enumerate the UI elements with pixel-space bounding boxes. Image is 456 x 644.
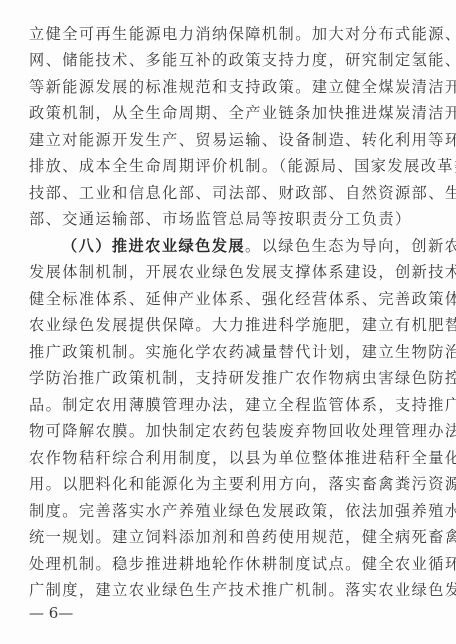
text-line: 物可降解农膜。加快制定农药包装废弃物回收处理管理办法。完善 <box>29 418 413 444</box>
text-line: 部、交通运输部、市场监管总局等按职责分工负责） <box>29 206 413 232</box>
text-line: 发展体制机制，开展农业绿色发展支撑体系建设，创新技术体系、 <box>29 259 413 285</box>
text-line: 农作物秸秆综合利用制度，以县为单位整体推进秸秆全量化综合利 <box>29 445 413 471</box>
text-line: 广制度，建立农业绿色生产技术推广机制。落实农业绿色发展税收 <box>29 577 413 603</box>
section-heading-line: （八）推进农业绿色发展。以绿色生态为导向，创新农业绿色 <box>62 233 413 259</box>
text-line: 用。以肥料化和能源化为主要利用方向，落实畜禽粪污资源化利用 <box>29 471 413 497</box>
text-line: 立健全可再生能源电力消纳保障机制。加大对分布式能源、智能电 <box>29 21 413 47</box>
page-number: — 6— <box>29 600 73 626</box>
text-line: 政策机制，从全生命周期、全产业链条加快推进煤炭清洁开发利用。 <box>29 100 413 126</box>
text-line: 技部、工业和信息化部、司法部、财政部、自然资源部、生态环境 <box>29 180 413 206</box>
text-line: 农业绿色发展提供保障。大力推进科学施肥，建立有机肥替代化肥 <box>29 312 413 338</box>
text-line: 网、储能技术、多能互补的政策支持力度，研究制定氢能、海洋能 <box>29 47 413 73</box>
text-line: 建立对能源开发生产、贸易运输、设备制造、转化利用等环节能耗、 <box>29 127 413 153</box>
text-line: 健全标准体系、延伸产业体系、强化经营体系、完善政策体系，为 <box>29 286 413 312</box>
section-heading-rest: 。以绿色生态为导向，创新农业绿色 <box>245 237 456 255</box>
text-line: 排放、成本全生命周期评价机制。（能源局、国家发展改革委、科 <box>29 153 413 179</box>
text-line: 等新能源发展的标准规范和支持政策。建立健全煤炭清洁开发利用 <box>29 74 413 100</box>
text-line: 处理机制。稳步推进耕地轮作休耕制度试点。健全农业循环经济推 <box>29 551 413 577</box>
document-page: 立健全可再生能源电力消纳保障机制。加大对分布式能源、智能电 网、储能技术、多能互… <box>0 0 456 644</box>
text-line: 推广政策机制。实施化学农药减量替代计划，建立生物防治替代化 <box>29 339 413 365</box>
text-line: 统一规划。建立饲料添加剂和兽药使用规范，健全病死畜禽无害化 <box>29 524 413 550</box>
text-line: 品。制定农用薄膜管理办法，建立全程监管体系，支持推广使用生 <box>29 392 413 418</box>
text-line: 学防治推广政策机制，支持研发推广农作物病虫害绿色防控技术产 <box>29 365 413 391</box>
text-line: 制度。完善落实水产养殖业绿色发展政策，依法加强养殖水域滩涂 <box>29 498 413 524</box>
section-heading: （八）推进农业绿色发展 <box>62 237 245 255</box>
